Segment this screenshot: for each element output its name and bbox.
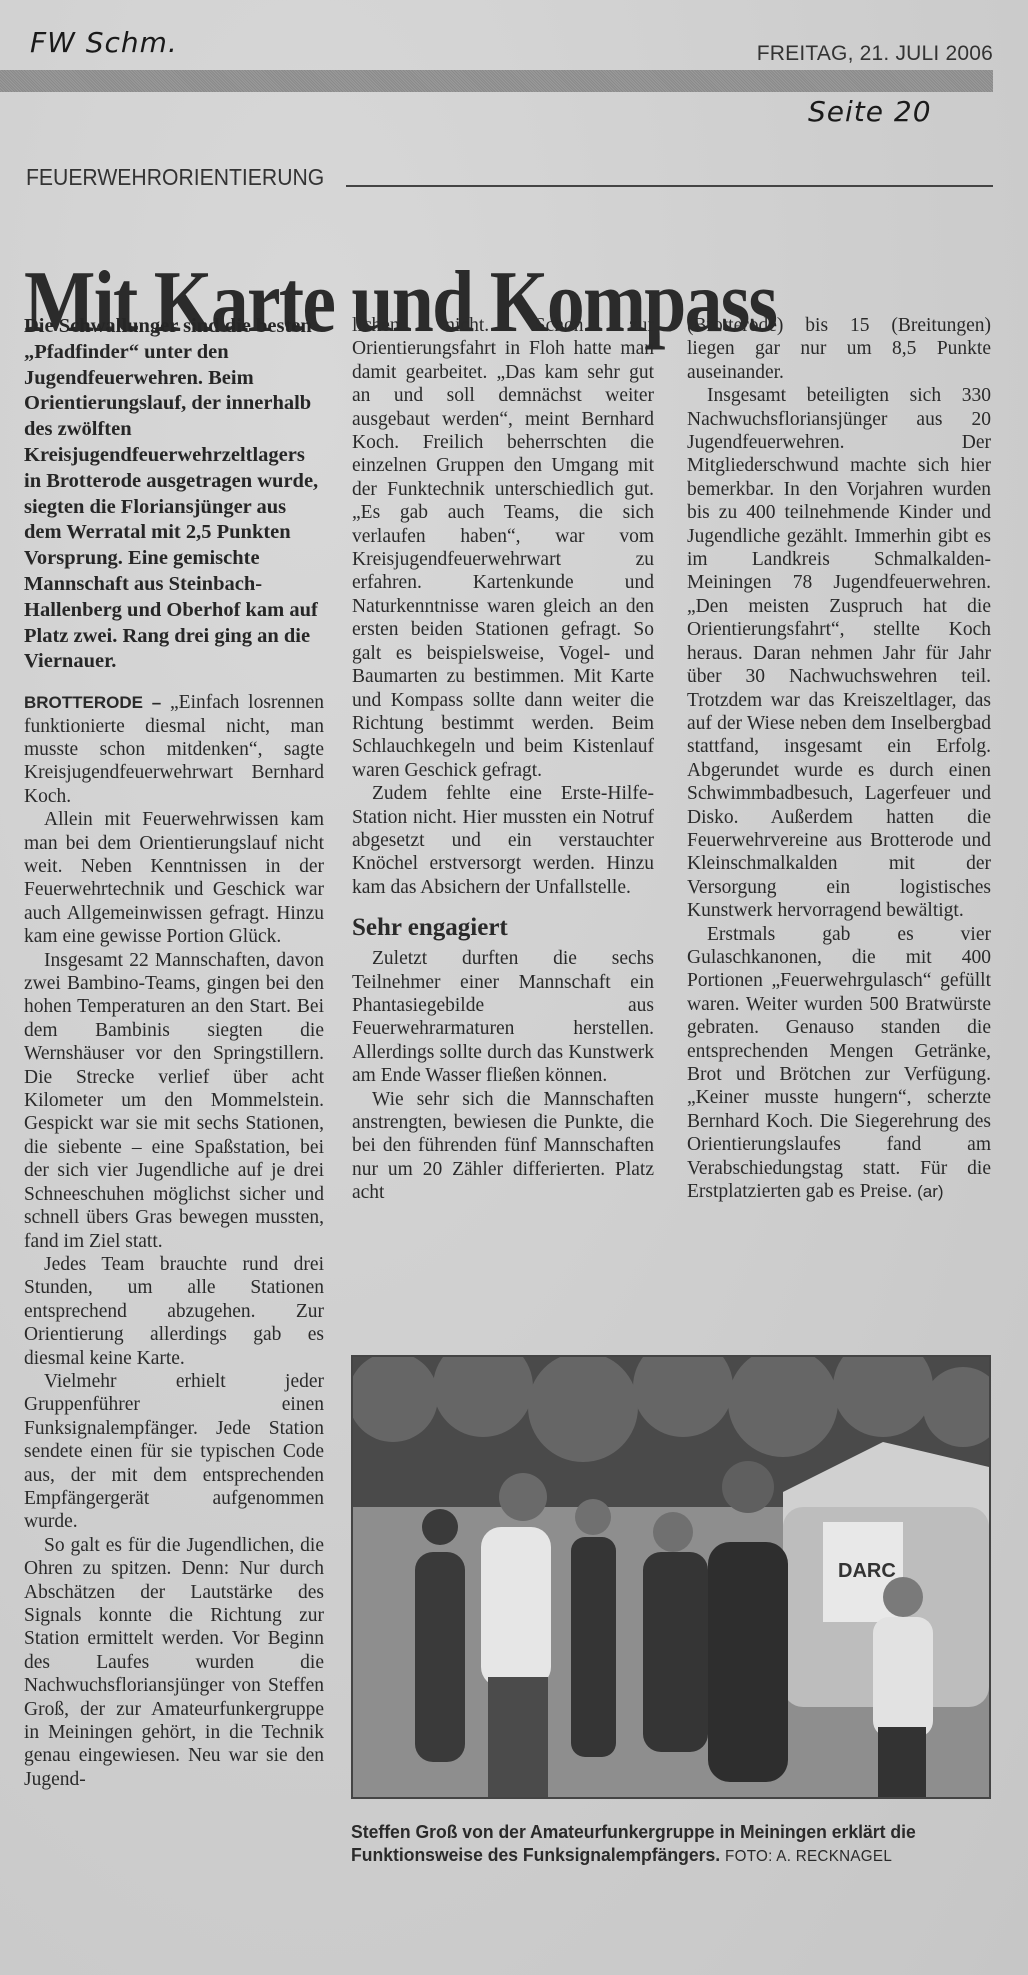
issue-date: FREITAG, 21. JULI 2006 [757,42,993,66]
kicker-rule [346,185,993,187]
column-2: lichen nicht. Schon zur Orientierungsfah… [352,314,654,1205]
column-1: Die Schwallunger sind die besten „Pfadfi… [24,314,324,1791]
paragraph: BROTTERODE – „Einfach losrennen funktion… [24,691,324,808]
article-lead: Die Schwallunger sind die besten „Pfadfi… [24,314,324,675]
header-rule-bar [0,70,993,92]
column-3: (Brotterode) bis 15 (Breitungen) liegen … [687,314,991,1203]
paragraph: Wie sehr sich die Mannschaften anstrengt… [352,1088,654,1205]
paragraph: Allein mit Feuerwehrwissen kam man bei d… [24,808,324,948]
article-photo: DARC [351,1355,991,1799]
paragraph: (Brotterode) bis 15 (Breitungen) liegen … [687,314,991,384]
paragraph: Vielmehr erhielt jeder Gruppenführer ein… [24,1370,324,1534]
paragraph: So galt es für die Jugendlichen, die Ohr… [24,1534,324,1791]
paragraph: Insgesamt 22 Mannschaften, davon zwei Ba… [24,949,324,1253]
kicker-row: FEUERWEHRORIENTIERUNG [26,164,993,191]
author-initials: (ar) [917,1182,943,1201]
handwritten-note-source: FW Schm. [30,26,178,59]
paragraph: Zudem fehlte eine Erste-Hilfe-Station ni… [352,782,654,899]
paragraph: Zuletzt durften die sechs Teilnehmer ein… [352,947,654,1087]
svg-text:DARC: DARC [838,1560,896,1582]
paragraph: lichen nicht. Schon zur Orientierungsfah… [352,314,654,782]
photo-caption: Steffen Groß von der Amateurfunkergruppe… [351,1820,978,1868]
paragraph: Insgesamt beteiligten sich 330 Nachwuchs… [687,384,991,922]
photo-credit: FOTO: A. RECKNAGEL [725,1848,892,1865]
section-kicker: FEUERWEHRORIENTIERUNG [26,164,324,191]
paragraph: Erstmals gab es vier Gulaschkanonen, die… [687,923,991,1204]
photo-illustration: DARC [353,1357,989,1797]
dateline-location: BROTTERODE – [24,693,161,712]
paragraph: Jedes Team brauchte rund drei Stunden, u… [24,1253,324,1370]
subheading: Sehr engagiert [352,913,654,943]
handwritten-note-page: Seite 20 [808,95,932,128]
